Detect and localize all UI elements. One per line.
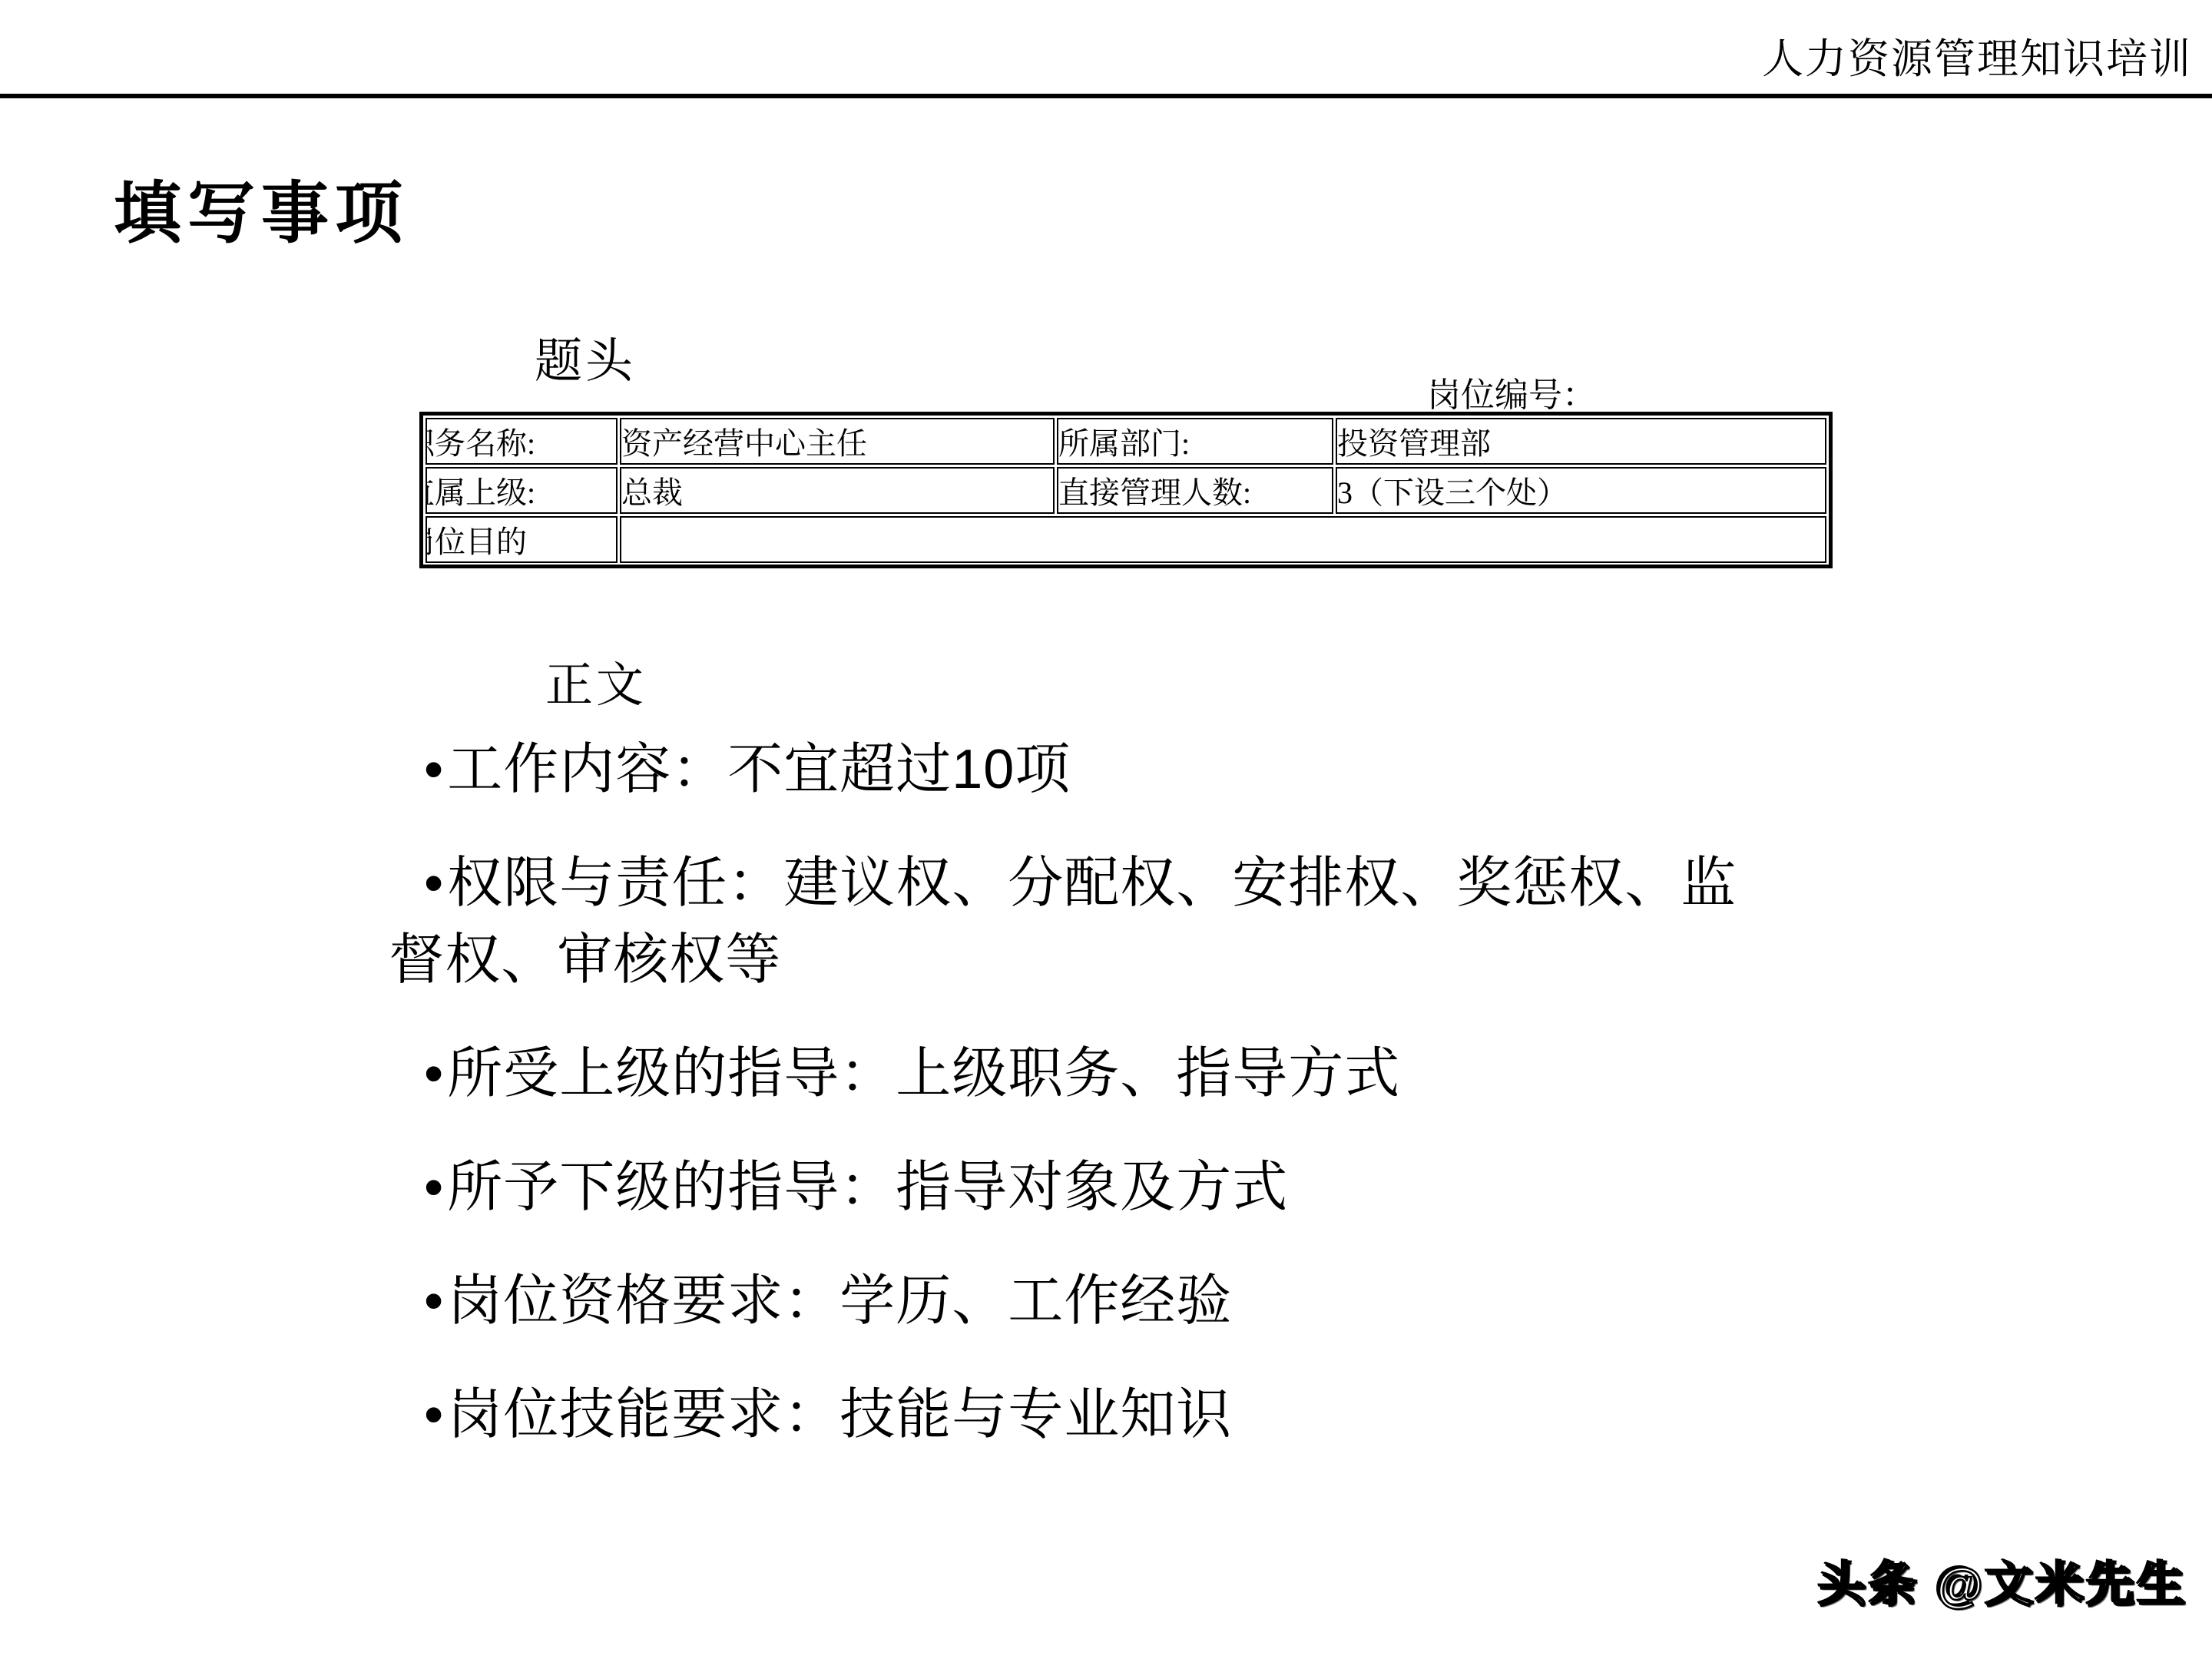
bullet-text: 工作内容：不宜超过10项 bbox=[447, 731, 1071, 808]
bullet-dot: • bbox=[424, 1263, 444, 1339]
bullet-dot: • bbox=[424, 845, 444, 922]
bullet-text: 岗位资格要求：学历、工作经验 bbox=[447, 1263, 1232, 1339]
bullet-list: • 工作内容：不宜超过10项 • 权限与责任：建议权、分配权、安排权、奖惩权、监… bbox=[424, 731, 1806, 1490]
slide: 人力资源管理知识培训 填写事项 题头 岗位编号： 职务名称: 资产经营中心主任 … bbox=[0, 0, 2212, 1659]
bullet-text: 所受上级的指导：上级职务、指导方式 bbox=[447, 1035, 1400, 1112]
table-row: 职务名称: 资产经营中心主任 所属部门: 投资管理部 bbox=[426, 418, 1826, 465]
job-info-table: 职务名称: 资产经营中心主任 所属部门: 投资管理部 直属上级: 总裁 直接管理… bbox=[419, 412, 1833, 568]
department-value: 投资管理部 bbox=[1336, 418, 1826, 465]
header-title: 人力资源管理知识培训 bbox=[1762, 26, 2192, 85]
direct-reports-value: 3（下设三个处） bbox=[1336, 467, 1826, 514]
direct-reports-label: 直接管理人数: bbox=[1057, 467, 1333, 514]
direct-superior-label: 直属上级: bbox=[426, 467, 618, 514]
bullet-dot: • bbox=[424, 1149, 444, 1226]
page-title: 填写事项 bbox=[114, 160, 409, 257]
header-divider bbox=[0, 94, 2212, 98]
bullet-dot: • bbox=[424, 731, 444, 808]
bullet-item: • 岗位资格要求：学历、工作经验 bbox=[424, 1263, 1806, 1339]
section-label-header: 题头 bbox=[535, 323, 636, 391]
watermark: 头条 @文米先生 bbox=[1819, 1547, 2189, 1615]
job-purpose-label: 岗位目的 bbox=[426, 516, 618, 563]
table-row: 直属上级: 总裁 直接管理人数: 3（下设三个处） bbox=[426, 467, 1826, 514]
section-label-body: 正文 bbox=[545, 647, 647, 715]
bullet-dot: • bbox=[424, 1376, 444, 1453]
job-purpose-value bbox=[620, 516, 1826, 563]
job-info-table-grid: 职务名称: 资产经营中心主任 所属部门: 投资管理部 直属上级: 总裁 直接管理… bbox=[423, 416, 1829, 565]
department-label: 所属部门: bbox=[1057, 418, 1333, 465]
bullet-item: • 岗位技能要求：技能与专业知识 bbox=[424, 1376, 1806, 1453]
job-title-label: 职务名称: bbox=[426, 418, 618, 465]
bullet-text: 岗位技能要求：技能与专业知识 bbox=[447, 1376, 1232, 1453]
bullet-item: • 所受上级的指导：上级职务、指导方式 bbox=[424, 1035, 1806, 1112]
bullet-text: 权限与责任：建议权、分配权、安排权、奖惩权、监 督权、审核权等 bbox=[447, 845, 1737, 998]
bullet-item: • 工作内容：不宜超过10项 bbox=[424, 731, 1806, 808]
bullet-text: 所予下级的指导：指导对象及方式 bbox=[447, 1149, 1288, 1226]
bullet-item: • 所予下级的指导：指导对象及方式 bbox=[424, 1149, 1806, 1226]
direct-superior-value: 总裁 bbox=[620, 467, 1055, 514]
bullet-item: • 权限与责任：建议权、分配权、安排权、奖惩权、监 督权、审核权等 bbox=[424, 845, 1806, 998]
position-code-label: 岗位编号： bbox=[1427, 367, 1596, 416]
bullet-dot: • bbox=[424, 1035, 444, 1112]
table-row: 岗位目的 bbox=[426, 516, 1826, 563]
job-title-value: 资产经营中心主任 bbox=[620, 418, 1055, 465]
